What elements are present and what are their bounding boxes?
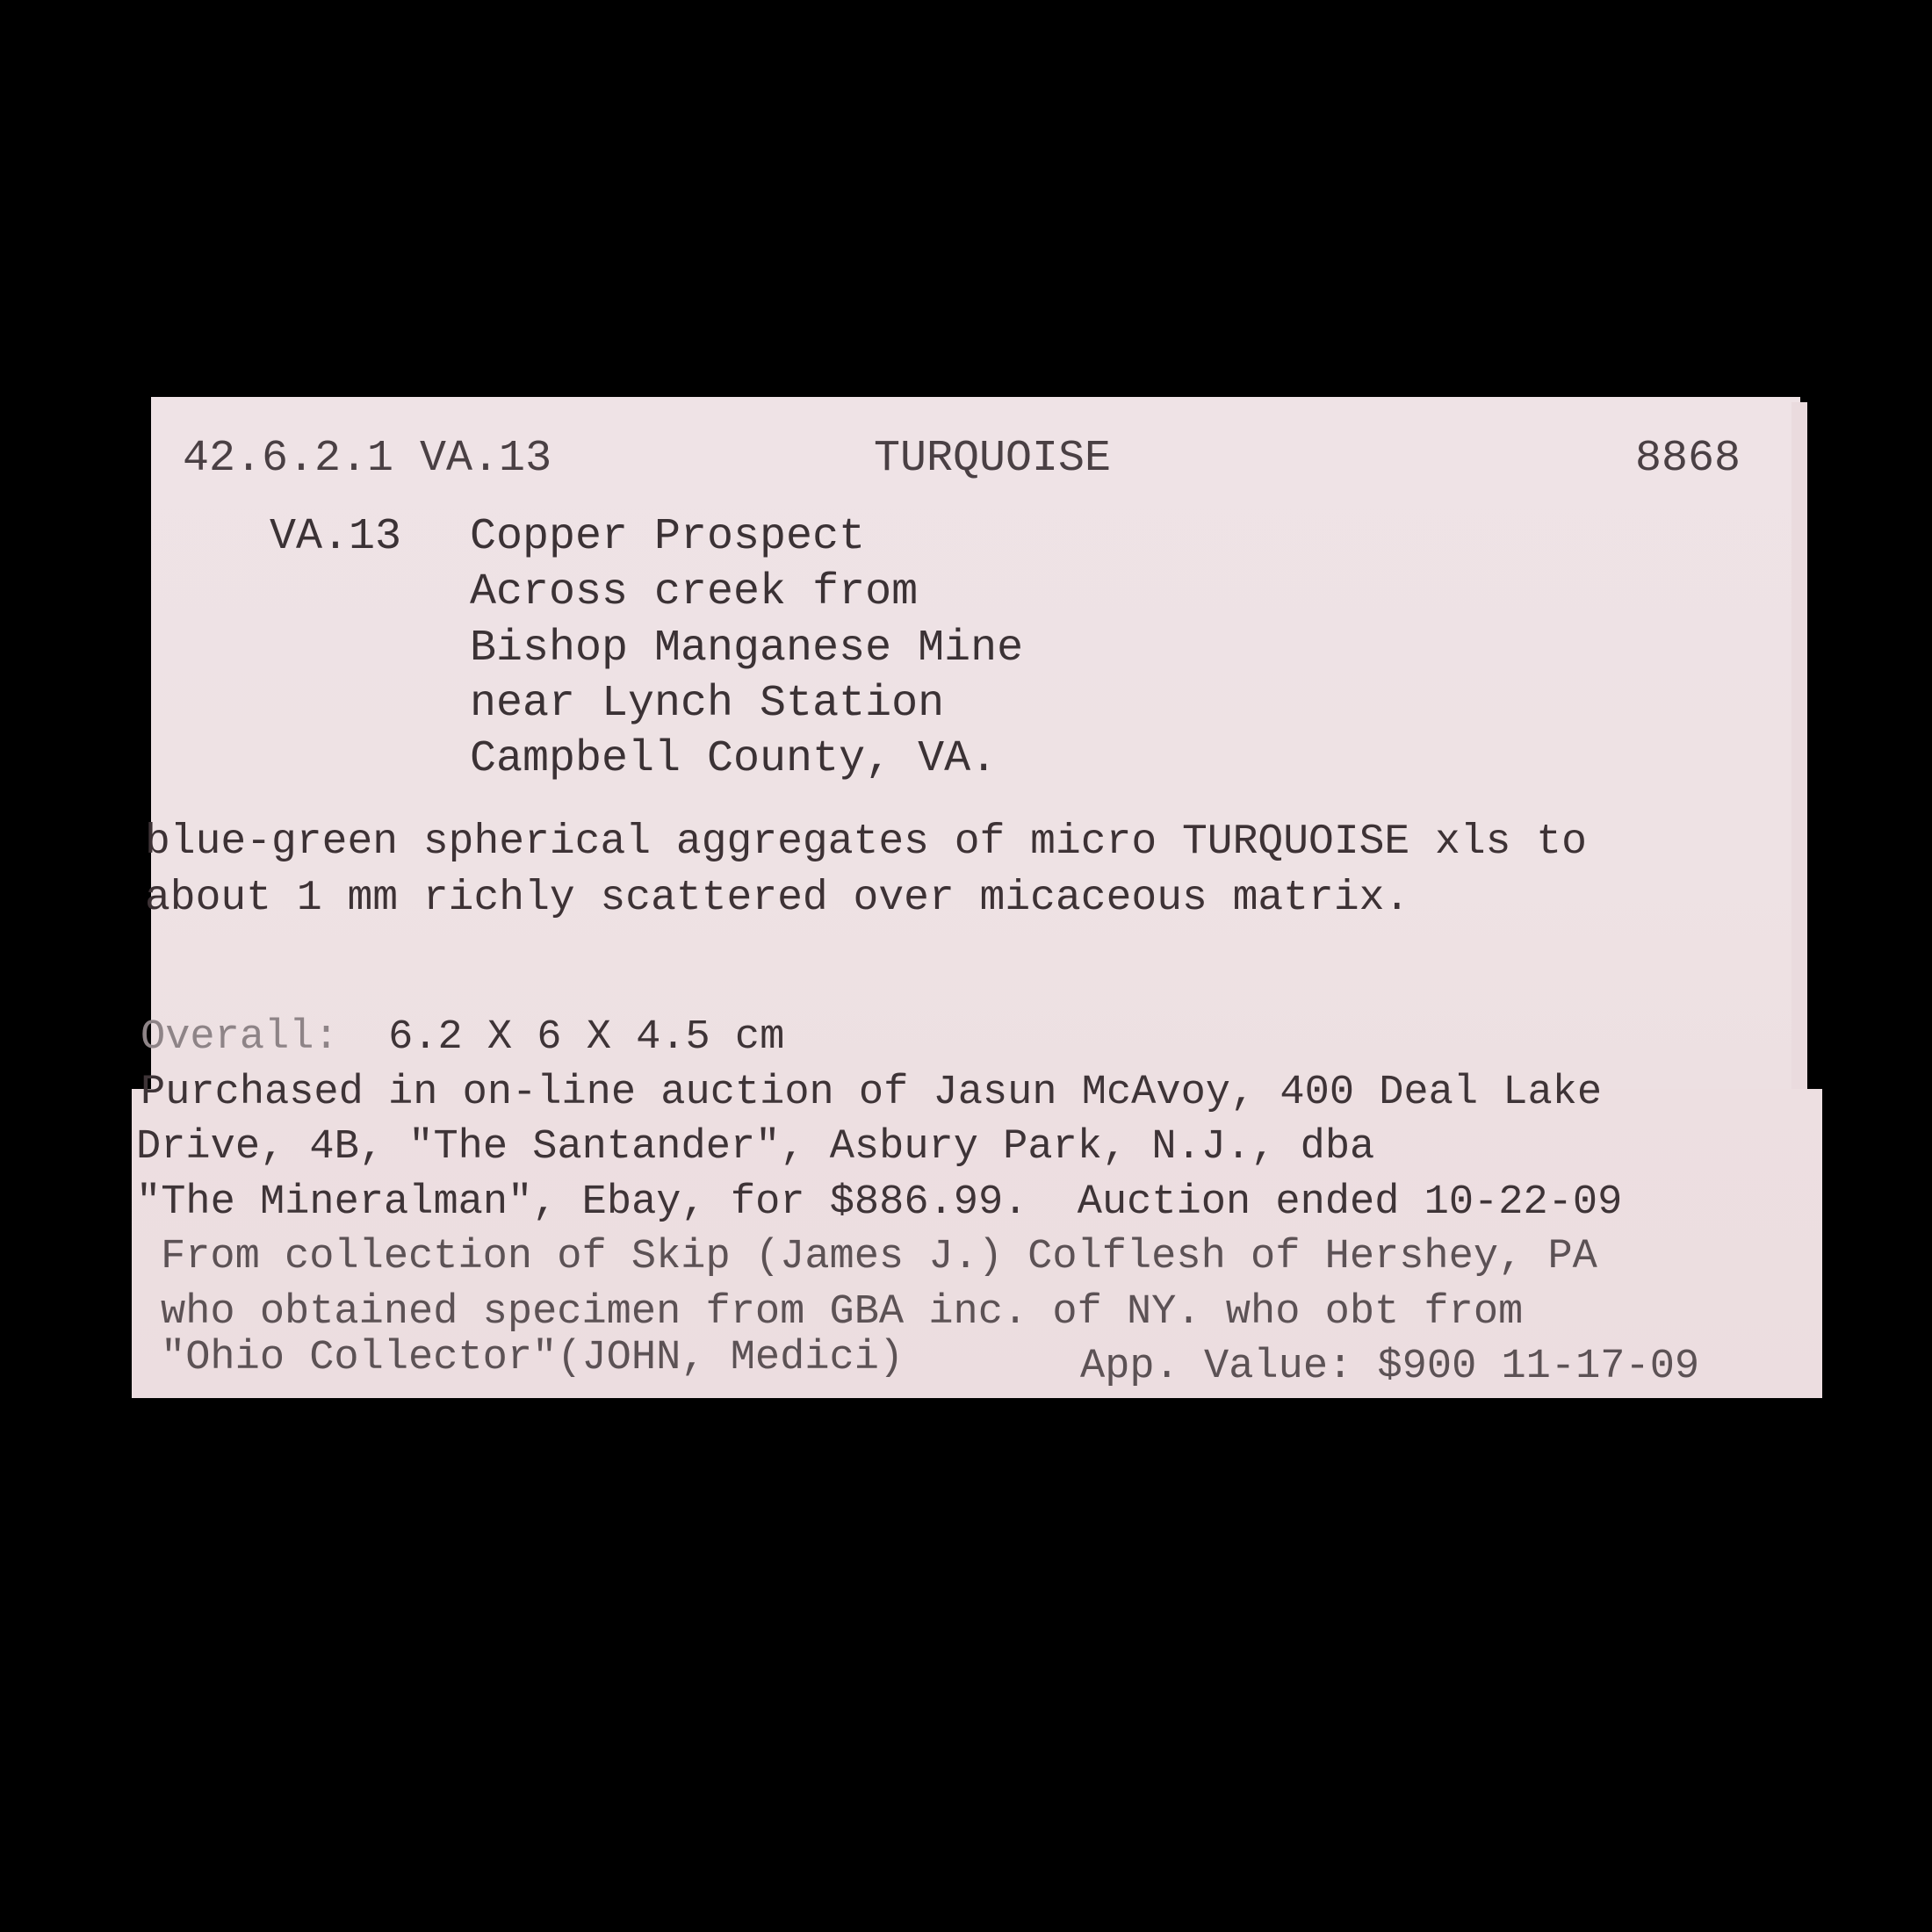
catalog-number: 42.6.2.1 VA.13	[183, 434, 551, 484]
locality-line: Bishop Manganese Mine	[470, 624, 1023, 674]
purchase-line: Drive, 4B, "The Santander", Asbury Park,…	[136, 1124, 1374, 1171]
appraisal-value: App. Value: $900 11-17-09	[1080, 1344, 1699, 1390]
locality-line: near Lynch Station	[470, 679, 944, 729]
description-line: about 1 mm richly scattered over micaceo…	[145, 875, 1409, 922]
provenance-line: "Ohio Collector"(JOHN, Medici)	[161, 1335, 904, 1381]
label-paper-edge	[1791, 402, 1807, 1122]
locality-line: Campbell County, VA.	[470, 734, 997, 784]
locality-code: VA.13	[270, 512, 401, 562]
document-stage: 42.6.2.1 VA.13 TURQUOISE 8868 VA.13 Copp…	[0, 0, 1932, 1932]
purchase-line: Purchased in on-line auction of Jasun Mc…	[141, 1070, 1602, 1116]
locality-line: Across creek from	[470, 567, 918, 617]
provenance-line: From collection of Skip (James J.) Colfl…	[161, 1234, 1597, 1280]
mineral-name: TURQUOISE	[874, 434, 1111, 484]
provenance-line: who obtained specimen from GBA inc. of N…	[161, 1289, 1523, 1336]
description-line: blue-green spherical aggregates of micro…	[145, 818, 1587, 866]
purchase-line: "The Mineralman", Ebay, for $886.99. Auc…	[136, 1179, 1622, 1226]
dimensions: Overall: 6.2 X 6 X 4.5 cm	[141, 1014, 784, 1061]
dimensions-label: Overall:	[141, 1014, 339, 1061]
specimen-number: 8868	[1635, 434, 1741, 484]
dimensions-value: 6.2 X 6 X 4.5 cm	[388, 1014, 784, 1061]
locality-line: Copper Prospect	[470, 512, 865, 562]
dimensions-spacer	[339, 1014, 388, 1061]
